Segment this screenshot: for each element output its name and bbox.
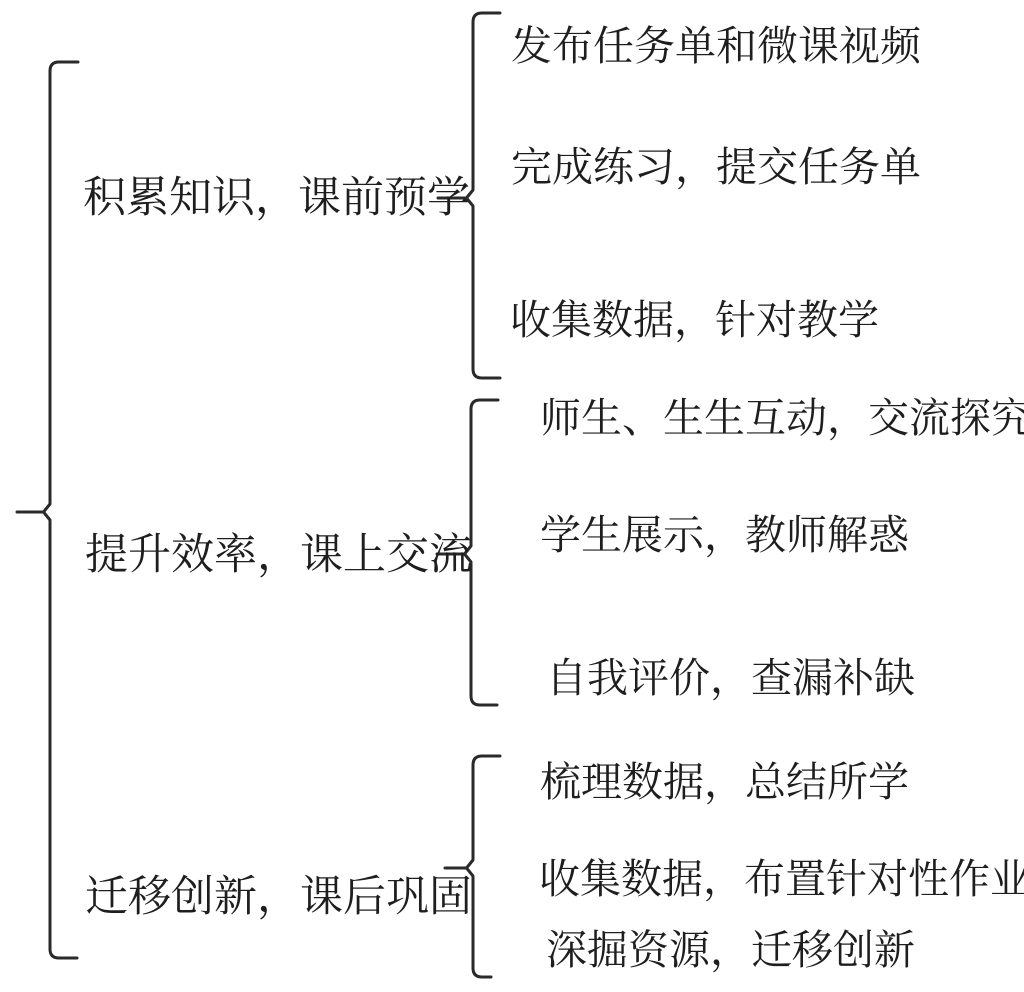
leaf-item-3-3: 深掘资源，迁移创新 bbox=[546, 928, 915, 972]
branch-brace-3 bbox=[445, 756, 500, 977]
leaf-item-1-1: 发布任务单和微课视频 bbox=[511, 24, 921, 68]
bracket-diagram: 积累知识，课前预学 提升效率，课上交流 迁移创新，课后巩固 发布任务单和微课视频… bbox=[0, 0, 1024, 992]
leaf-item-3-2: 收集数据，布置针对性作业 bbox=[539, 857, 1024, 901]
branch-label-pre-class: 积累知识，课前预学 bbox=[83, 175, 470, 221]
leaf-item-3-1: 梳理数据，总结所学 bbox=[540, 760, 909, 804]
leaf-item-1-3: 收集数据，针对教学 bbox=[510, 298, 879, 342]
branch-label-after-class: 迁移创新，课后巩固 bbox=[85, 874, 472, 920]
leaf-item-2-2: 学生展示，教师解惑 bbox=[540, 513, 909, 557]
branch-label-in-class: 提升效率，课上交流 bbox=[85, 532, 472, 578]
leaf-item-2-3: 自我评价，查漏补缺 bbox=[546, 656, 915, 700]
root-brace bbox=[17, 62, 78, 958]
leaf-item-1-2: 完成练习，提交任务单 bbox=[511, 145, 921, 189]
leaf-item-2-1: 师生、生生互动，交流探究 bbox=[540, 396, 1024, 440]
